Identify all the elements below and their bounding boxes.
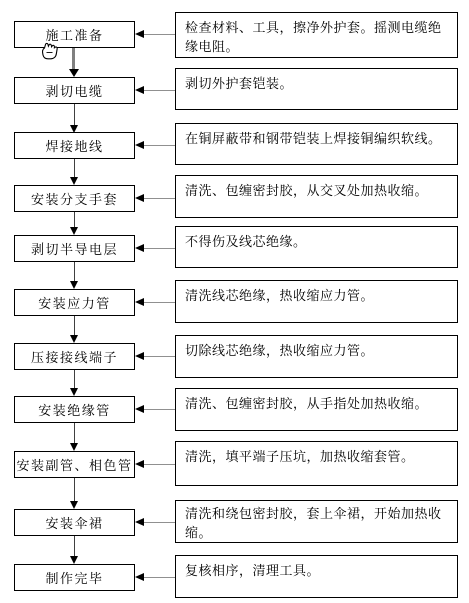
flow-note-box-11: 复核相序，清理工具。 — [175, 555, 458, 598]
flow-step-label: 制作完毕 — [45, 568, 103, 587]
down-arrowhead-icon — [70, 388, 78, 396]
down-connector-line — [74, 159, 75, 177]
flowchart-canvas: 施工准备 检查材料、工具，擦净外护套。摇测电缆绝缘电阻。 剥切电缆 剥切外护套铠… — [0, 0, 469, 603]
flow-step-box-9: 安装副管、相色管 — [14, 451, 135, 478]
flow-note-box-1: 检查材料、工具，擦净外护套。摇测电缆绝缘电阻。 — [175, 12, 458, 58]
note-connector-line — [143, 34, 175, 35]
left-arrowhead-icon — [135, 352, 144, 360]
flow-step-box-3: 焊接地线 — [14, 132, 135, 159]
flow-step-label: 安装应力管 — [38, 293, 111, 312]
flow-step-box-8: 安装绝缘管 — [14, 396, 135, 423]
flow-note-box-3: 在铜屏蔽带和钢带铠装上焊接铜编织软线。 — [175, 123, 458, 165]
flow-note-text: 清洗和绕包密封胶，套上伞裙，开始加热收缩。 — [185, 506, 442, 540]
flow-step-label: 剥切半导电层 — [31, 239, 118, 258]
flow-step-box-7: 压接接线端子 — [14, 343, 135, 370]
down-connector-line — [74, 104, 75, 125]
flow-note-text: 检查材料、工具，擦净外护套。摇测电缆绝缘电阻。 — [185, 20, 442, 54]
down-arrowhead-icon — [70, 335, 78, 343]
flow-step-label: 焊接地线 — [45, 136, 103, 155]
down-arrowhead-icon — [70, 501, 78, 509]
down-connector-line — [74, 478, 75, 501]
note-connector-line — [143, 464, 175, 465]
flow-note-box-4: 清洗、包缠密封胶，从交叉处加热收缩。 — [175, 175, 458, 218]
flow-note-text: 清洗、包缠密封胶，从交叉处加热收缩。 — [185, 183, 428, 198]
note-connector-line — [143, 409, 175, 410]
flow-note-box-2: 剥切外护套铠装。 — [175, 68, 458, 110]
note-connector-line — [143, 577, 175, 578]
down-arrowhead-icon — [70, 177, 78, 185]
note-connector-line — [143, 145, 175, 146]
flow-step-label: 压接接线端子 — [31, 347, 118, 366]
left-arrowhead-icon — [135, 244, 144, 252]
left-arrowhead-icon — [135, 194, 144, 202]
down-connector-line — [74, 316, 75, 335]
flow-step-box-4: 安装分支手套 — [14, 185, 135, 212]
down-arrowhead-icon — [69, 69, 79, 77]
left-arrowhead-icon — [135, 86, 144, 94]
hand-cursor-icon — [39, 40, 63, 64]
flow-note-text: 复核相序，清理工具。 — [185, 563, 320, 578]
flow-step-label: 安装副管、相色管 — [16, 455, 132, 474]
left-arrowhead-icon — [135, 405, 144, 413]
flow-note-box-8: 清洗、包缠密封胶，从手指处加热收缩。 — [175, 388, 458, 431]
left-arrowhead-icon — [135, 141, 144, 149]
flow-note-text: 不得伤及线芯绝缘。 — [185, 234, 307, 249]
flow-step-box-11: 制作完毕 — [14, 564, 135, 591]
flow-note-text: 切除线芯绝缘，热收缩应力管。 — [185, 343, 374, 358]
flow-step-box-1: 施工准备 — [14, 21, 135, 48]
flow-note-box-9: 清洗，填平端子压坑，加热收缩套管。 — [175, 441, 458, 486]
down-arrowhead-icon — [70, 281, 78, 289]
flow-step-box-5: 剥切半导电层 — [14, 235, 135, 262]
flow-step-box-6: 安装应力管 — [14, 289, 135, 316]
flow-note-box-5: 不得伤及线芯绝缘。 — [175, 226, 458, 268]
note-connector-line — [143, 198, 175, 199]
note-connector-line — [143, 90, 175, 91]
note-connector-line — [143, 522, 175, 523]
note-connector-line — [143, 248, 175, 249]
down-connector-line — [74, 262, 75, 281]
flow-note-text: 剥切外护套铠装。 — [185, 76, 293, 91]
down-arrowhead-icon — [70, 443, 78, 451]
note-connector-line — [143, 356, 175, 357]
flow-note-box-6: 清洗线芯绝缘，热收缩应力管。 — [175, 280, 458, 323]
down-connector-line — [74, 536, 75, 556]
flow-step-box-10: 安装伞裙 — [14, 509, 135, 536]
left-arrowhead-icon — [135, 30, 144, 38]
flow-step-box-2: 剥切电缆 — [14, 77, 135, 104]
left-arrowhead-icon — [135, 518, 144, 526]
down-connector-line — [72, 48, 75, 69]
flow-step-label: 安装分支手套 — [31, 189, 118, 208]
down-connector-line — [74, 370, 75, 388]
flow-step-label: 安装绝缘管 — [38, 400, 111, 419]
flow-note-text: 在铜屏蔽带和钢带铠装上焊接铜编织软线。 — [185, 131, 442, 146]
left-arrowhead-icon — [135, 573, 144, 581]
flow-note-box-7: 切除线芯绝缘，热收缩应力管。 — [175, 335, 458, 378]
down-arrowhead-icon — [70, 227, 78, 235]
flow-note-text: 清洗线芯绝缘，热收缩应力管。 — [185, 288, 374, 303]
note-connector-line — [143, 302, 175, 303]
flow-step-label: 剥切电缆 — [45, 81, 103, 100]
down-connector-line — [74, 423, 75, 443]
down-arrowhead-icon — [70, 556, 78, 564]
flow-note-text: 清洗、包缠密封胶，从手指处加热收缩。 — [185, 396, 428, 411]
down-connector-line — [74, 212, 75, 227]
left-arrowhead-icon — [135, 298, 144, 306]
left-arrowhead-icon — [135, 460, 144, 468]
flow-note-text: 清洗，填平端子压坑，加热收缩套管。 — [185, 449, 415, 464]
flow-step-label: 安装伞裙 — [45, 513, 103, 532]
flow-note-box-10: 清洗和绕包密封胶，套上伞裙，开始加热收缩。 — [175, 500, 458, 543]
